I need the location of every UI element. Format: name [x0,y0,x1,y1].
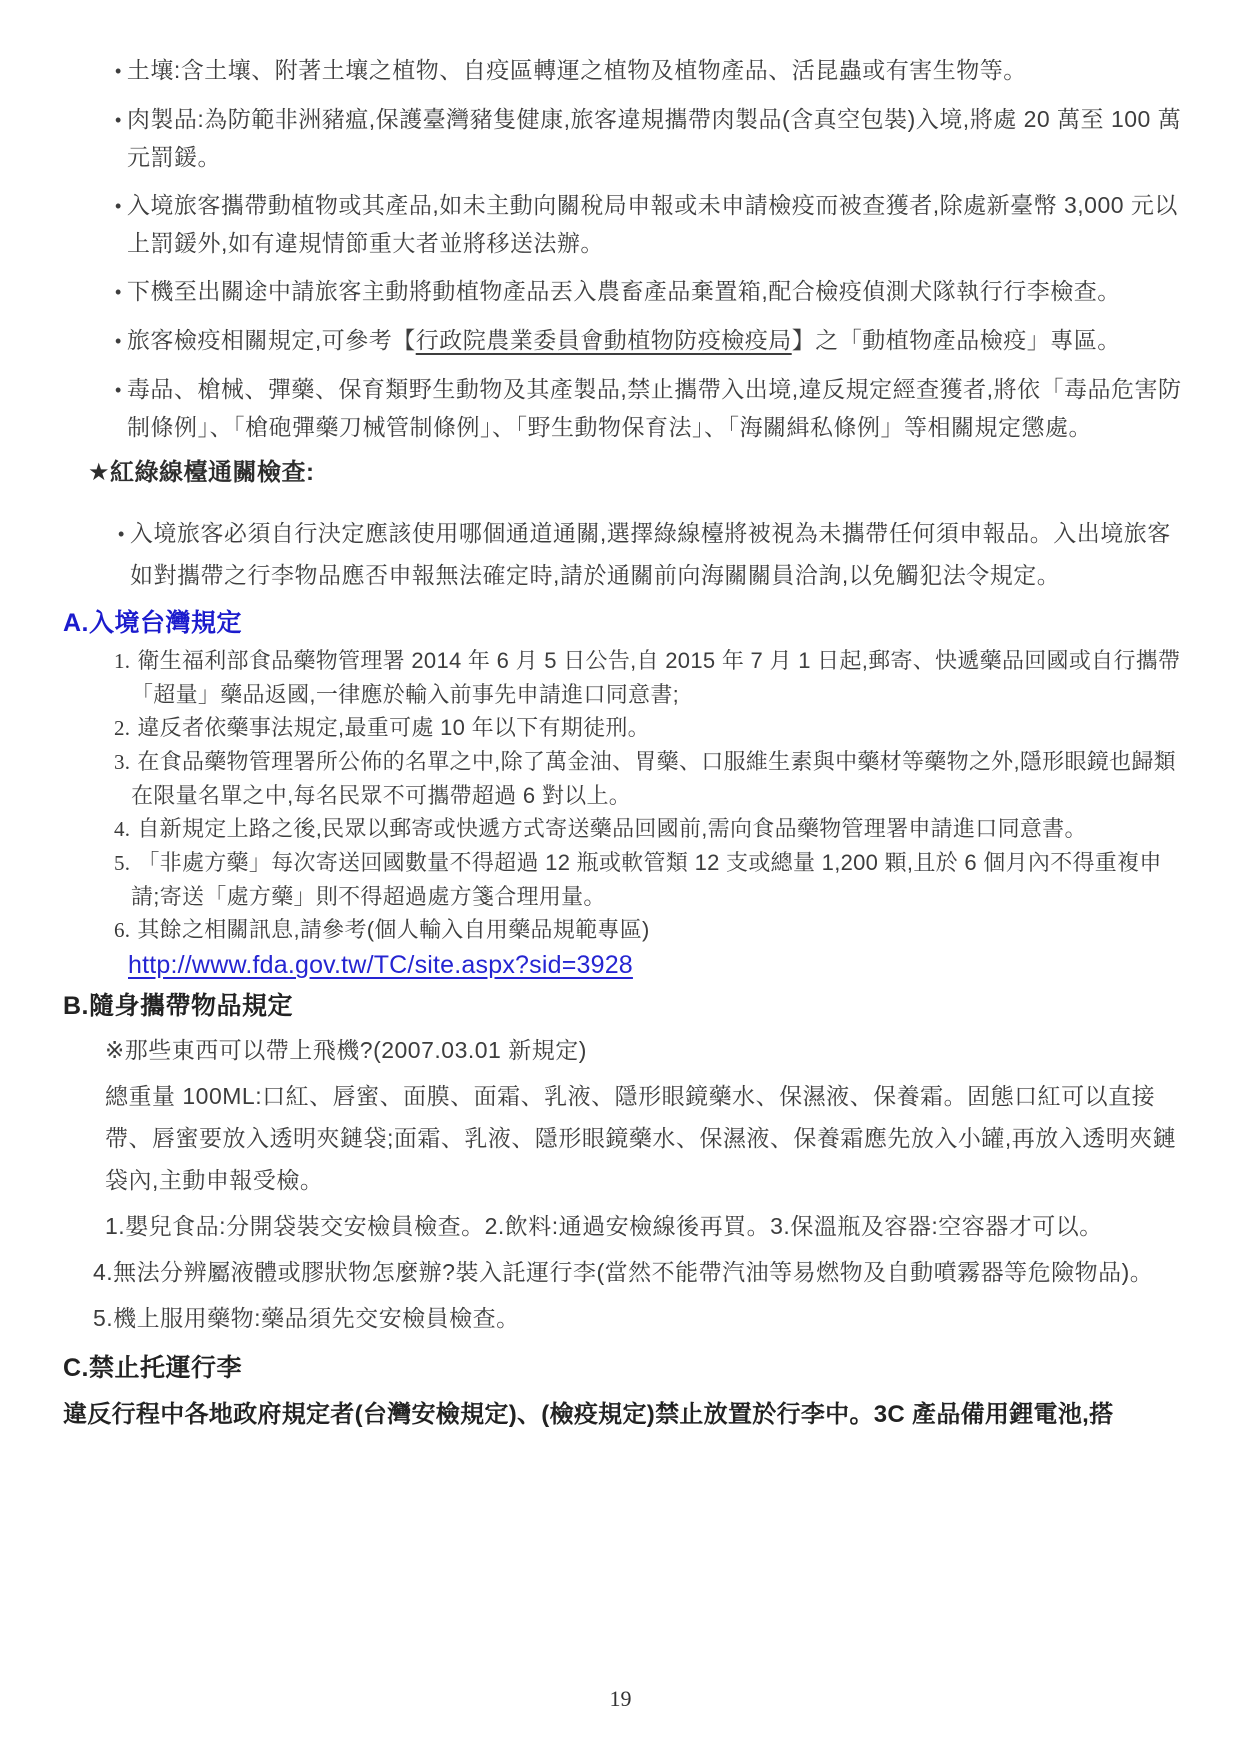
bullet-icon: • [115,196,127,216]
section-c-paragraph: 違反行程中各地政府規定者(台灣安檢規定)、(檢疫規定)禁止放置於行李中。3C 產… [63,1395,1183,1435]
quarantine-bullet-list: •土壤:含土壤、附著土壤之植物、自疫區轉運之植物及植物產品、活昆蟲或有害生物等。… [63,52,1183,446]
list-item: 2.違反者依藥事法規定,最重可處 10 年以下有期徒刑。 [63,711,1183,745]
bullet-icon: • [118,524,130,544]
list-item: •下機至出關途中請旅客主動將動植物產品丟入農畜產品棄置箱,配合檢疫偵測犬隊執行行… [63,273,1183,311]
section-b-heading: B.隨身攜帶物品規定 [63,989,1183,1023]
item-number: 2. [114,716,137,740]
item-number: 6. [114,918,137,942]
bullet-text: 下機至出關途中請旅客主動將動植物產品丟入農畜產品棄置箱,配合檢疫偵測犬隊執行行李… [127,278,1121,304]
section-b-paragraph: 1.嬰兒食品:分開袋裝交安檢員檢查。2.飲料:通過安檢線後再買。3.保溫瓶及容器… [63,1205,1183,1247]
list-item: •旅客檢疫相關規定,可參考【行政院農業委員會動植物防疫檢疫局】之「動植物產品檢疫… [63,322,1183,360]
fda-url-link[interactable]: http://www.fda.gov.tw/TC/site.aspx?sid=3… [128,951,633,979]
item-text: 衛生福利部食品藥物管理署 2014 年 6 月 5 日公告,自 2015 年 7… [131,648,1180,707]
bullet-text: 入境旅客攜帶動植物或其產品,如未主動向關稅局申報或未申請檢疫而被查獲者,除處新臺… [127,192,1178,256]
item-number: 3. [114,750,137,774]
item-text: 其餘之相關訊息,請參考(個人輸入自用藥品規範專區) [137,917,649,942]
list-item: 3.在食品藥物管理署所公佈的名單之中,除了萬金油、胃藥、口服維生素與中藥材等藥物… [63,745,1183,812]
item-text: 自新規定上路之後,民眾以郵寄或快遞方式寄送藥品回國前,需向食品藥物管理署申請進口… [137,816,1086,841]
bullet-text: 毒品、槍械、彈藥、保育類野生動物及其產製品,禁止攜帶入出境,違反規定經查獲者,將… [127,376,1182,440]
list-item: •入境旅客攜帶動植物或其產品,如未主動向關稅局申報或未申請檢疫而被查獲者,除處新… [63,187,1183,262]
bullet-text: 旅客檢疫相關規定,可參考【 [127,327,416,353]
section-b-paragraph: 總重量 100ML:口紅、唇蜜、面膜、面霜、乳液、隱形眼鏡藥水、保濕液、保養霜。… [63,1075,1183,1201]
bullet-icon: • [115,380,127,400]
list-item: •肉製品:為防範非洲豬瘟,保護臺灣豬隻健康,旅客違規攜帶肉製品(含真空包裝)入境… [63,101,1183,176]
bullet-icon: • [115,61,127,81]
bullet-icon: • [115,110,127,130]
bullet-text: 肉製品:為防範非洲豬瘟,保護臺灣豬隻健康,旅客違規攜帶肉製品(含真空包裝)入境,… [127,106,1181,170]
bullet-icon: • [115,282,127,302]
bullet-text: 土壤:含土壤、附著土壤之植物、自疫區轉運之植物及植物產品、活昆蟲或有害生物等。 [127,57,1027,83]
bullet-icon: • [115,331,127,351]
fda-link-line: http://www.fda.gov.tw/TC/site.aspx?sid=3… [63,947,1183,987]
item-number: 5. [114,851,137,875]
section-b-paragraph: 5.機上服用藥物:藥品須先交安檢員檢查。 [63,1297,1183,1339]
list-item: •入境旅客必須自行決定應該使用哪個通道通關,選擇綠線檯將被視為未攜帶任何須申報品… [63,513,1183,596]
section-a-numbered-list: 1.衛生福利部食品藥物管理署 2014 年 6 月 5 日公告,自 2015 年… [63,644,1183,987]
page-number: 19 [0,1686,1241,1712]
red-green-channel-heading: ★紅綠線檯通關檢查: [88,458,1183,488]
document-page: •土壤:含土壤、附著土壤之植物、自疫區轉運之植物及植物產品、活昆蟲或有害生物等。… [0,0,1241,1435]
item-text: 在食品藥物管理署所公佈的名單之中,除了萬金油、胃藥、口服維生素與中藥材等藥物之外… [131,749,1176,808]
bullet-text: 】之「動植物產品檢疫」專區。 [792,327,1121,353]
section-c-heading: C.禁止托運行李 [63,1351,1183,1385]
item-text: 「非處方藥」每次寄送回國數量不得超過 12 瓶或軟管類 12 支或總量 1,20… [131,850,1162,909]
section-b-note: ※那些東西可以帶上飛機?(2007.03.01 新規定) [63,1029,1183,1071]
list-item: 1.衛生福利部食品藥物管理署 2014 年 6 月 5 日公告,自 2015 年… [63,644,1183,711]
heading-text: 紅綠線檯通關檢查: [110,459,315,486]
list-item: 4.自新規定上路之後,民眾以郵寄或快遞方式寄送藥品回國前,需向食品藥物管理署申請… [63,812,1183,846]
star-icon: ★ [88,459,110,486]
section-a-heading: A.入境台灣規定 [63,606,1183,640]
quarantine-agency-link: 行政院農業委員會動植物防疫檢疫局 [416,327,792,353]
bullet-text: 入境旅客必須自行決定應該使用哪個通道通關,選擇綠線檯將被視為未攜帶任何須申報品。… [130,520,1171,588]
list-item: 5.「非處方藥」每次寄送回國數量不得超過 12 瓶或軟管類 12 支或總量 1,… [63,846,1183,913]
item-number: 4. [114,817,137,841]
item-text: 違反者依藥事法規定,最重可處 10 年以下有期徒刑。 [137,715,650,740]
list-item: •土壤:含土壤、附著土壤之植物、自疫區轉運之植物及植物產品、活昆蟲或有害生物等。 [63,52,1183,90]
list-item: 6.其餘之相關訊息,請參考(個人輸入自用藥品規範專區) [63,913,1183,947]
item-number: 1. [114,649,137,673]
section-b-paragraph: 4.無法分辨屬液體或膠狀物怎麼辦?裝入託運行李(當然不能帶汽油等易燃物及自動噴霧… [63,1251,1183,1293]
list-item: •毒品、槍械、彈藥、保育類野生動物及其產製品,禁止攜帶入出境,違反規定經查獲者,… [63,371,1183,446]
